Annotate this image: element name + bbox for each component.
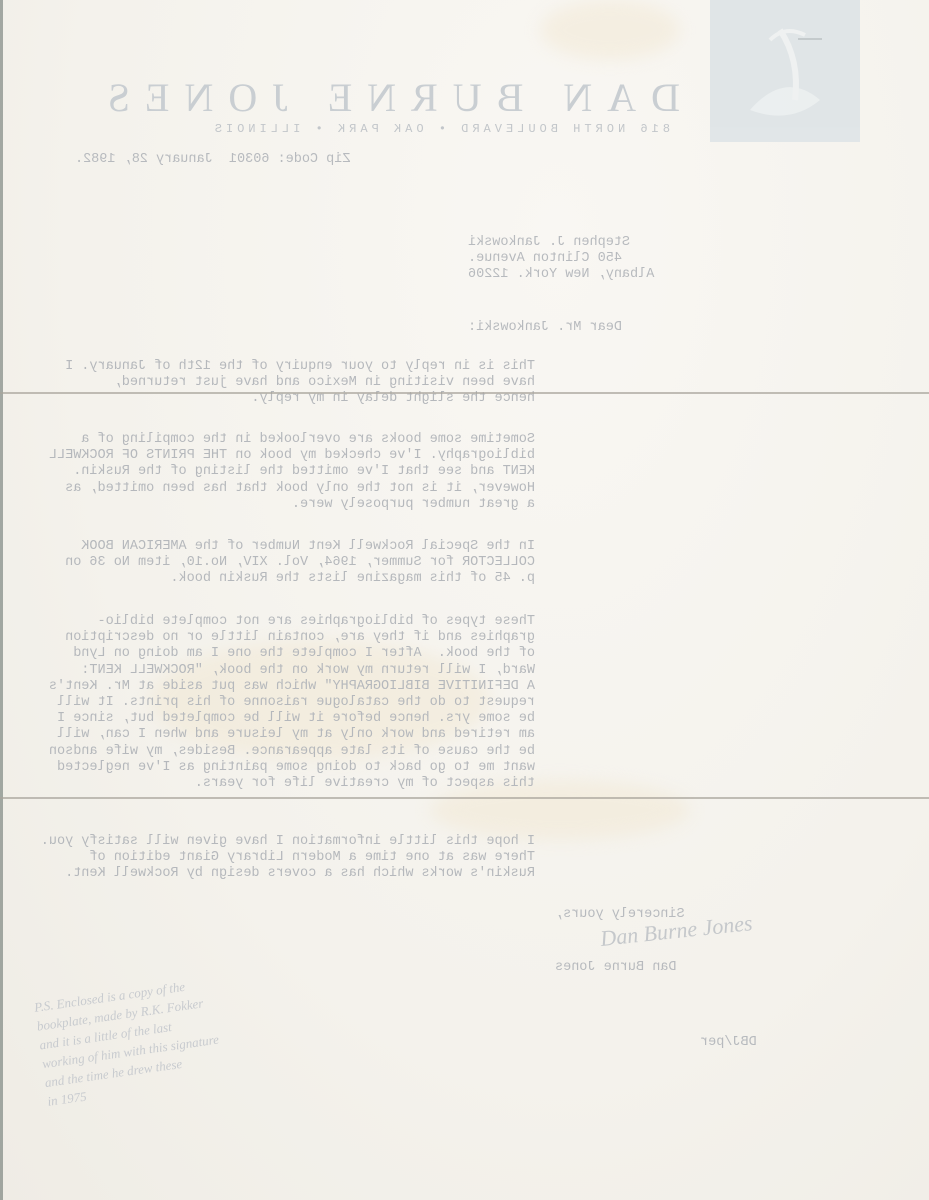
letterhead-name: DAN BURNE JONES [93, 74, 680, 121]
paper-stain [540, 0, 680, 60]
typist-initials: DBJ/per [700, 1035, 757, 1050]
recipient-name: Stephen J. Jankowski [468, 235, 630, 250]
typed-name: Dan Burne Jones [555, 960, 677, 975]
body-paragraph: This is in reply to your enquiry of the … [75, 359, 535, 408]
body-paragraph: In the Special Rockwell Kent Number of t… [75, 539, 535, 588]
body-paragraph: Sometime some books are overlooked in th… [75, 432, 535, 513]
body-paragraph: These types of bibliographies are not co… [75, 614, 535, 792]
recipient-street: 450 Clinton Avenue. [468, 251, 622, 266]
fold-line [0, 392, 929, 394]
recipient-city: Albany, New York. 12206 [468, 267, 654, 282]
fold-line [0, 797, 929, 799]
dateline: Zip Code: 60301 January 28, 1982. [75, 152, 350, 167]
scan-edge [0, 0, 3, 1200]
engraving-emblem-icon [710, 0, 860, 142]
body-paragraph: I hope this little information I have gi… [75, 834, 535, 883]
letterhead-address: 816 NORTH BOULEVARD • OAK PARK • ILLINOI… [211, 122, 670, 136]
salutation: Dear Mr. Jankowski: [468, 320, 622, 335]
